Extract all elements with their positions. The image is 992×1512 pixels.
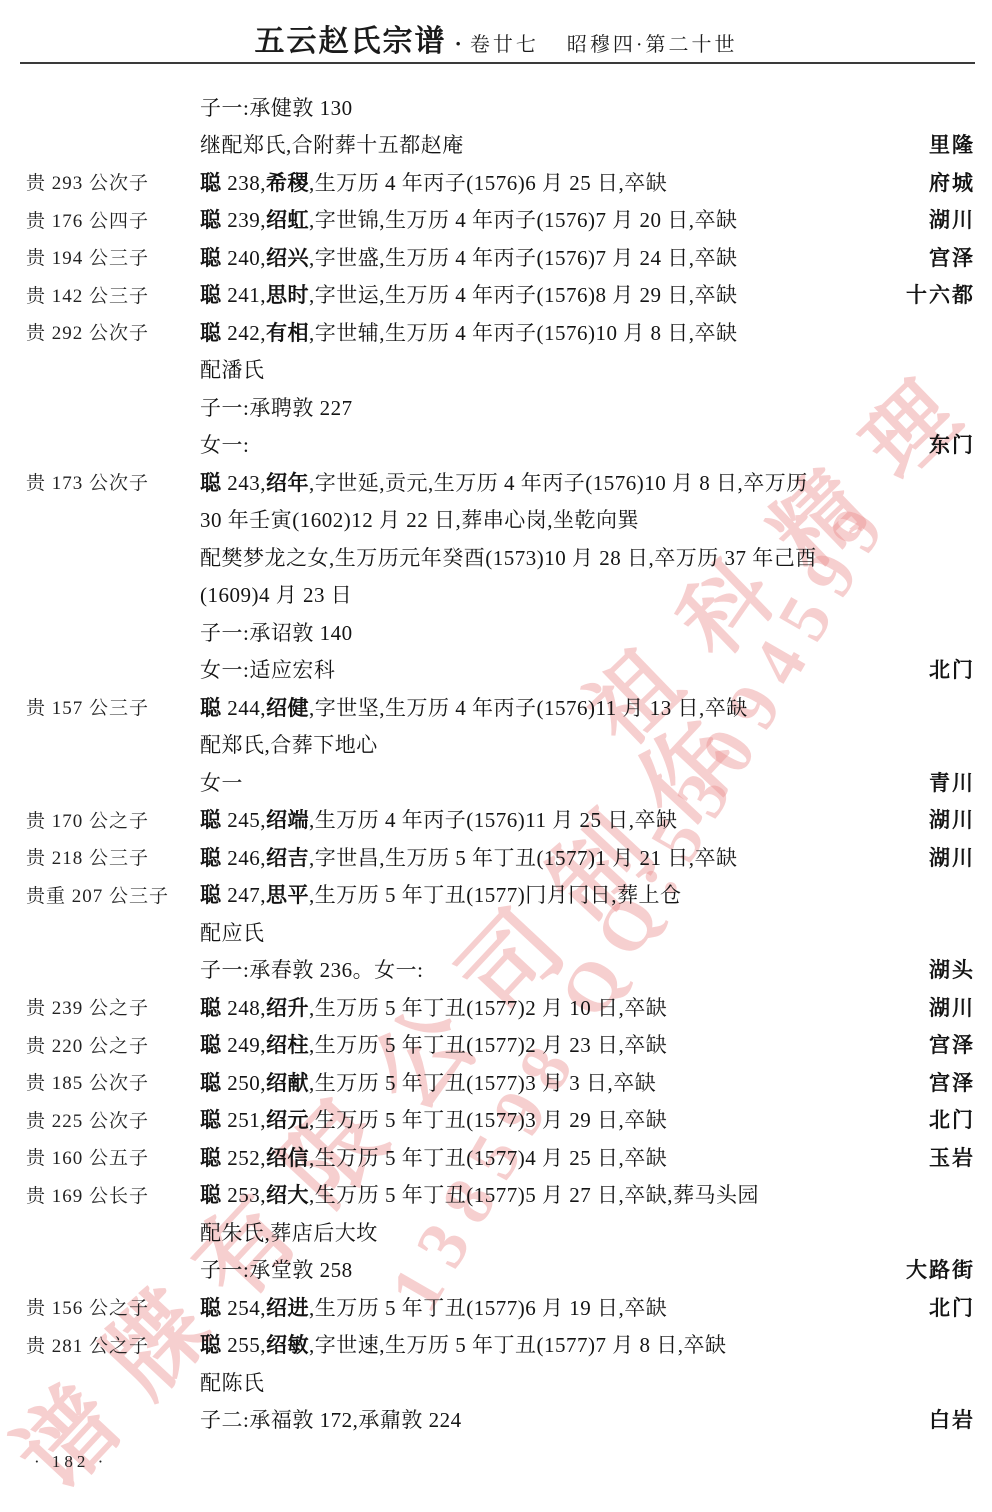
entry-detail: ,字世延,贡元,生万历 4 年丙子(1576)10 月 8 日,卒万历 [309, 471, 808, 495]
genealogy-row: 子一:承春敦 236。女一:湖头 [0, 951, 992, 989]
sequence-number: 250, [222, 1071, 267, 1095]
genealogy-row: 子一:承聘敦 227 [0, 388, 992, 426]
genealogy-row: 继配郑氏,合附葬十五都赵庵里隆 [0, 126, 992, 164]
title-separator-dot: · [446, 31, 469, 56]
entry-text: 聪 255,绍敏,字世速,生万历 5 年丁丑(1577)7 月 8 日,卒缺 [200, 1329, 975, 1359]
genealogy-row: 子二:承福敦 172,承鼐敦 224白岩 [0, 1401, 992, 1439]
sequence-number: 243, [222, 471, 267, 495]
sequence-number: 240, [222, 246, 267, 270]
ancestor-label: 贵 156 公之子 [0, 1293, 200, 1320]
genealogy-row: 子一:承堂敦 258大路街 [0, 1251, 992, 1289]
entry-detail: ,生万历 4 年丙子(1576)6 月 25 日,卒缺 [309, 171, 667, 195]
rank-character: 聪 [200, 1108, 222, 1132]
sequence-number: 244, [222, 696, 267, 720]
entry-text: 子一:承聘敦 227 [200, 392, 975, 422]
genealogy-row: 女一:适应宏科北门 [0, 651, 992, 689]
entry-text: 女一: [200, 429, 929, 459]
place-label: 大路街 [906, 1254, 992, 1284]
entry-text: 聪 246,绍吉,字世昌,生万历 5 年丁丑(1577)1 月 21 日,卒缺 [200, 842, 929, 872]
genealogy-row: 贵 157 公三子聪 244,绍健,字世坚,生万历 4 年丙子(1576)11 … [0, 688, 992, 726]
entry-text: 子二:承福敦 172,承鼐敦 224 [200, 1404, 929, 1434]
entry-text: 聪 241,思时,字世运,生万历 4 年丙子(1576)8 月 29 日,卒缺 [200, 279, 906, 309]
genealogy-row: 贵 176 公四子聪 239,绍虹,字世锦,生万历 4 年丙子(1576)7 月… [0, 201, 992, 239]
place-label: 湖川 [929, 804, 992, 834]
volume-label: 卷廿七 [470, 34, 539, 56]
place-label: 湖川 [929, 204, 992, 234]
entry-text: 女一:适应宏科 [200, 654, 929, 684]
ancestor-label: 贵 194 公三子 [0, 243, 200, 270]
genealogy-row: 贵 293 公次子聪 238,希稷,生万历 4 年丙子(1576)6 月 25 … [0, 163, 992, 201]
genealogy-row: 配应氏 [0, 913, 992, 951]
entry-detail: ,字世运,生万历 4 年丙子(1576)8 月 29 日,卒缺 [309, 283, 738, 307]
rank-character: 聪 [200, 996, 222, 1020]
entry-text: 30 年壬寅(1602)12 月 22 日,葬串心岗,坐乾向巽 [200, 504, 975, 534]
genealogy-row: 配潘氏 [0, 351, 992, 389]
sequence-number: 254, [222, 1296, 267, 1320]
sequence-number: 246, [222, 846, 267, 870]
place-label: 宫泽 [929, 242, 992, 272]
rank-character: 聪 [200, 208, 222, 232]
entry-text: 聪 247,思平,生万历 5 年丁丑(1577)冂月冂日,葬上仓 [200, 879, 975, 909]
ancestor-label: 贵 157 公三子 [0, 693, 200, 720]
entry-text: 配樊梦龙之女,生万历元年癸酉(1573)10 月 28 日,卒万历 37 年己酉 [200, 542, 975, 572]
genealogy-row: 子一:承健敦 130 [0, 88, 992, 126]
genealogy-row: 贵 160 公五子聪 252,绍信,生万历 5 年丁丑(1577)4 月 25 … [0, 1138, 992, 1176]
entry-text: 女一 [200, 767, 929, 797]
ancestor-label: 贵 173 公次子 [0, 468, 200, 495]
entry-detail: ,生万历 5 年丁丑(1577)5 月 27 日,卒缺,葬马头园 [309, 1183, 759, 1207]
rank-character: 聪 [200, 846, 222, 870]
entry-text: 子一:承健敦 130 [200, 92, 975, 122]
entry-text: 子一:承春敦 236。女一: [200, 954, 929, 984]
sequence-number: 239, [222, 208, 267, 232]
sequence-number: 255, [222, 1333, 267, 1357]
place-label: 东门 [929, 429, 992, 459]
entry-text: 聪 245,绍端,生万历 4 年丙子(1576)11 月 25 日,卒缺 [200, 804, 929, 834]
given-name: 有相 [266, 321, 309, 345]
entry-text: 子一:承诏敦 140 [200, 617, 975, 647]
entry-text: 配郑氏,合葬下地心 [200, 729, 975, 759]
entry-detail: ,生万历 5 年丁丑(1577)冂月冂日,葬上仓 [309, 883, 682, 907]
given-name: 绍吉 [266, 846, 309, 870]
sequence-number: 248, [222, 996, 267, 1020]
place-label: 湖川 [929, 842, 992, 872]
genealogy-row: 配樊梦龙之女,生万历元年癸酉(1573)10 月 28 日,卒万历 37 年己酉 [0, 538, 992, 576]
place-label: 湖川 [929, 992, 992, 1022]
entry-detail: ,字世坚,生万历 4 年丙子(1576)11 月 13 日,卒缺 [309, 696, 748, 720]
entry-detail: ,字世昌,生万历 5 年丁丑(1577)1 月 21 日,卒缺 [309, 846, 738, 870]
ancestor-label: 贵 185 公次子 [0, 1068, 200, 1095]
rank-character: 聪 [200, 1183, 222, 1207]
entry-text: 聪 252,绍信,生万历 5 年丁丑(1577)4 月 25 日,卒缺 [200, 1142, 929, 1172]
entry-detail: ,字世辅,生万历 4 年丙子(1576)10 月 8 日,卒缺 [309, 321, 738, 345]
genealogy-row: 贵 292 公次子聪 242,有相,字世辅,生万历 4 年丙子(1576)10 … [0, 313, 992, 351]
genealogy-row: 配朱氏,葬店后大坆 [0, 1213, 992, 1251]
ancestor-label: 贵 160 公五子 [0, 1143, 200, 1170]
ancestor-label: 贵 220 公之子 [0, 1031, 200, 1058]
genealogy-row: 贵 156 公之子聪 254,绍进,生万历 5 年丁丑(1577)6 月 19 … [0, 1288, 992, 1326]
given-name: 绍献 [266, 1071, 309, 1095]
rank-character: 聪 [200, 1033, 222, 1057]
genealogy-row: 贵 225 公次子聪 251,绍元,生万历 5 年丁丑(1577)3 月 29 … [0, 1101, 992, 1139]
place-label: 北门 [929, 1104, 992, 1134]
given-name: 希稷 [266, 171, 309, 195]
sequence-number: 247, [222, 883, 267, 907]
place-label: 玉岩 [929, 1142, 992, 1172]
given-name: 绍敏 [266, 1333, 309, 1357]
sequence-number: 242, [222, 321, 267, 345]
entry-text: 配潘氏 [200, 354, 975, 384]
sequence-number: 253, [222, 1183, 267, 1207]
ancestor-label: 贵 292 公次子 [0, 318, 200, 345]
entry-text: 聪 244,绍健,字世坚,生万历 4 年丙子(1576)11 月 13 日,卒缺 [200, 692, 975, 722]
book-title: 五云赵氏宗谱 [254, 25, 446, 58]
rank-character: 聪 [200, 1333, 222, 1357]
entry-detail: ,生万历 5 年丁丑(1577)2 月 10 日,卒缺 [309, 996, 667, 1020]
rank-character: 聪 [200, 808, 222, 832]
ancestor-label: 贵 293 公次子 [0, 168, 200, 195]
given-name: 绍端 [266, 808, 309, 832]
given-name: 绍兴 [266, 246, 309, 270]
given-name: 绍虹 [266, 208, 309, 232]
ancestor-label: 贵 142 公三子 [0, 281, 200, 308]
genealogy-row: 贵 169 公长子聪 253,绍大,生万历 5 年丁丑(1577)5 月 27 … [0, 1176, 992, 1214]
sequence-number: 249, [222, 1033, 267, 1057]
place-label: 白岩 [929, 1404, 992, 1434]
genealogy-row: 配郑氏,合葬下地心 [0, 726, 992, 764]
ancestor-label: 贵 170 公之子 [0, 806, 200, 833]
genealogy-row: 女一:东门 [0, 426, 992, 464]
sequence-number: 252, [222, 1146, 267, 1170]
header-rule [20, 62, 975, 64]
page-header: 五云赵氏宗谱·卷廿七昭穆四·第二十世 [0, 16, 992, 60]
genealogy-row: 30 年壬寅(1602)12 月 22 日,葬串心岗,坐乾向巽 [0, 501, 992, 539]
entry-text: 聪 238,希稷,生万历 4 年丙子(1576)6 月 25 日,卒缺 [200, 167, 929, 197]
rank-character: 聪 [200, 171, 222, 195]
entry-detail: ,字世锦,生万历 4 年丙子(1576)7 月 20 日,卒缺 [309, 208, 738, 232]
ancestor-label: 贵 281 公之子 [0, 1331, 200, 1358]
ancestor-label: 贵 239 公之子 [0, 993, 200, 1020]
genealogy-entries: 子一:承健敦 130继配郑氏,合附葬十五都赵庵里隆贵 293 公次子聪 238,… [0, 88, 992, 1438]
ancestor-label: 贵 225 公次子 [0, 1106, 200, 1133]
page-number: · 182 · [34, 1452, 107, 1472]
entry-detail: ,生万历 5 年丁丑(1577)6 月 19 日,卒缺 [309, 1296, 667, 1320]
genealogy-row: 配陈氏 [0, 1363, 992, 1401]
sequence-number: 238, [222, 171, 267, 195]
rank-character: 聪 [200, 471, 222, 495]
genealogy-row: (1609)4 月 23 日 [0, 576, 992, 614]
sequence-number: 251, [222, 1108, 267, 1132]
given-name: 绍进 [266, 1296, 309, 1320]
given-name: 绍柱 [266, 1033, 309, 1057]
genealogy-row: 女一青川 [0, 763, 992, 801]
entry-text: 聪 250,绍献,生万历 5 年丁丑(1577)3 月 3 日,卒缺 [200, 1067, 929, 1097]
entry-detail: ,字世盛,生万历 4 年丙子(1576)7 月 24 日,卒缺 [309, 246, 738, 270]
entry-text: 继配郑氏,合附葬十五都赵庵 [200, 129, 929, 159]
entry-text: 配应氏 [200, 917, 975, 947]
genealogy-row: 贵 218 公三子聪 246,绍吉,字世昌,生万历 5 年丁丑(1577)1 月… [0, 838, 992, 876]
rank-character: 聪 [200, 1071, 222, 1095]
given-name: 绍大 [266, 1183, 309, 1207]
genealogy-row: 贵 185 公次子聪 250,绍献,生万历 5 年丁丑(1577)3 月 3 日… [0, 1063, 992, 1101]
given-name: 绍健 [266, 696, 309, 720]
rank-character: 聪 [200, 246, 222, 270]
genealogy-row: 贵 281 公之子聪 255,绍敏,字世速,生万历 5 年丁丑(1577)7 月… [0, 1326, 992, 1364]
entry-text: 聪 254,绍进,生万历 5 年丁丑(1577)6 月 19 日,卒缺 [200, 1292, 929, 1322]
entry-detail: ,生万历 5 年丁丑(1577)4 月 25 日,卒缺 [309, 1146, 667, 1170]
entry-text: 配陈氏 [200, 1367, 975, 1397]
rank-character: 聪 [200, 883, 222, 907]
given-name: 绍信 [266, 1146, 309, 1170]
ancestor-label: 贵 176 公四子 [0, 206, 200, 233]
generation-label: 昭穆四·第二十世 [567, 34, 738, 56]
genealogy-row: 贵 239 公之子聪 248,绍升,生万历 5 年丁丑(1577)2 月 10 … [0, 988, 992, 1026]
genealogy-row: 贵 194 公三子聪 240,绍兴,字世盛,生万历 4 年丙子(1576)7 月… [0, 238, 992, 276]
rank-character: 聪 [200, 1296, 222, 1320]
rank-character: 聪 [200, 283, 222, 307]
place-label: 北门 [929, 1292, 992, 1322]
entry-detail: ,生万历 5 年丁丑(1577)3 月 29 日,卒缺 [309, 1108, 667, 1132]
given-name: 绍元 [266, 1108, 309, 1132]
sequence-number: 241, [222, 283, 267, 307]
place-label: 宫泽 [929, 1029, 992, 1059]
genealogy-row: 贵 142 公三子聪 241,思时,字世运,生万历 4 年丙子(1576)8 月… [0, 276, 992, 314]
place-label: 宫泽 [929, 1067, 992, 1097]
genealogy-row: 贵 220 公之子聪 249,绍柱,生万历 5 年丁丑(1577)2 月 23 … [0, 1026, 992, 1064]
rank-character: 聪 [200, 321, 222, 345]
entry-detail: ,生万历 5 年丁丑(1577)3 月 3 日,卒缺 [309, 1071, 656, 1095]
ancestor-label: 贵 169 公长子 [0, 1181, 200, 1208]
entry-text: 聪 251,绍元,生万历 5 年丁丑(1577)3 月 29 日,卒缺 [200, 1104, 929, 1134]
genealogy-row: 贵 170 公之子聪 245,绍端,生万历 4 年丙子(1576)11 月 25… [0, 801, 992, 839]
place-label: 里隆 [929, 129, 992, 159]
entry-detail: ,字世速,生万历 5 年丁丑(1577)7 月 8 日,卒缺 [309, 1333, 727, 1357]
entry-text: 聪 249,绍柱,生万历 5 年丁丑(1577)2 月 23 日,卒缺 [200, 1029, 929, 1059]
given-name: 思平 [266, 883, 309, 907]
sequence-number: 245, [222, 808, 267, 832]
rank-character: 聪 [200, 696, 222, 720]
place-label: 府城 [929, 167, 992, 197]
place-label: 十六都 [906, 279, 992, 309]
entry-text: 聪 248,绍升,生万历 5 年丁丑(1577)2 月 10 日,卒缺 [200, 992, 929, 1022]
genealogy-row: 贵 173 公次子聪 243,绍年,字世延,贡元,生万历 4 年丙子(1576)… [0, 463, 992, 501]
place-label: 青川 [929, 767, 992, 797]
entry-text: 聪 240,绍兴,字世盛,生万历 4 年丙子(1576)7 月 24 日,卒缺 [200, 242, 929, 272]
rank-character: 聪 [200, 1146, 222, 1170]
genealogy-row: 贵重 207 公三子聪 247,思平,生万历 5 年丁丑(1577)冂月冂日,葬… [0, 876, 992, 914]
given-name: 绍升 [266, 996, 309, 1020]
entry-text: 聪 242,有相,字世辅,生万历 4 年丙子(1576)10 月 8 日,卒缺 [200, 317, 975, 347]
place-label: 湖头 [929, 954, 992, 984]
ancestor-label: 贵重 207 公三子 [0, 881, 200, 908]
entry-text: 聪 253,绍大,生万历 5 年丁丑(1577)5 月 27 日,卒缺,葬马头园 [200, 1179, 975, 1209]
given-name: 绍年 [266, 471, 309, 495]
given-name: 思时 [266, 283, 309, 307]
genealogy-row: 子一:承诏敦 140 [0, 613, 992, 651]
entry-text: 子一:承堂敦 258 [200, 1254, 906, 1284]
entry-text: 聪 243,绍年,字世延,贡元,生万历 4 年丙子(1576)10 月 8 日,… [200, 467, 975, 497]
entry-text: 配朱氏,葬店后大坆 [200, 1217, 975, 1247]
entry-detail: ,生万历 5 年丁丑(1577)2 月 23 日,卒缺 [309, 1033, 667, 1057]
entry-text: 聪 239,绍虹,字世锦,生万历 4 年丙子(1576)7 月 20 日,卒缺 [200, 204, 929, 234]
ancestor-label: 贵 218 公三子 [0, 843, 200, 870]
entry-text: (1609)4 月 23 日 [200, 579, 975, 609]
entry-detail: ,生万历 4 年丙子(1576)11 月 25 日,卒缺 [309, 808, 677, 832]
place-label: 北门 [929, 654, 992, 684]
